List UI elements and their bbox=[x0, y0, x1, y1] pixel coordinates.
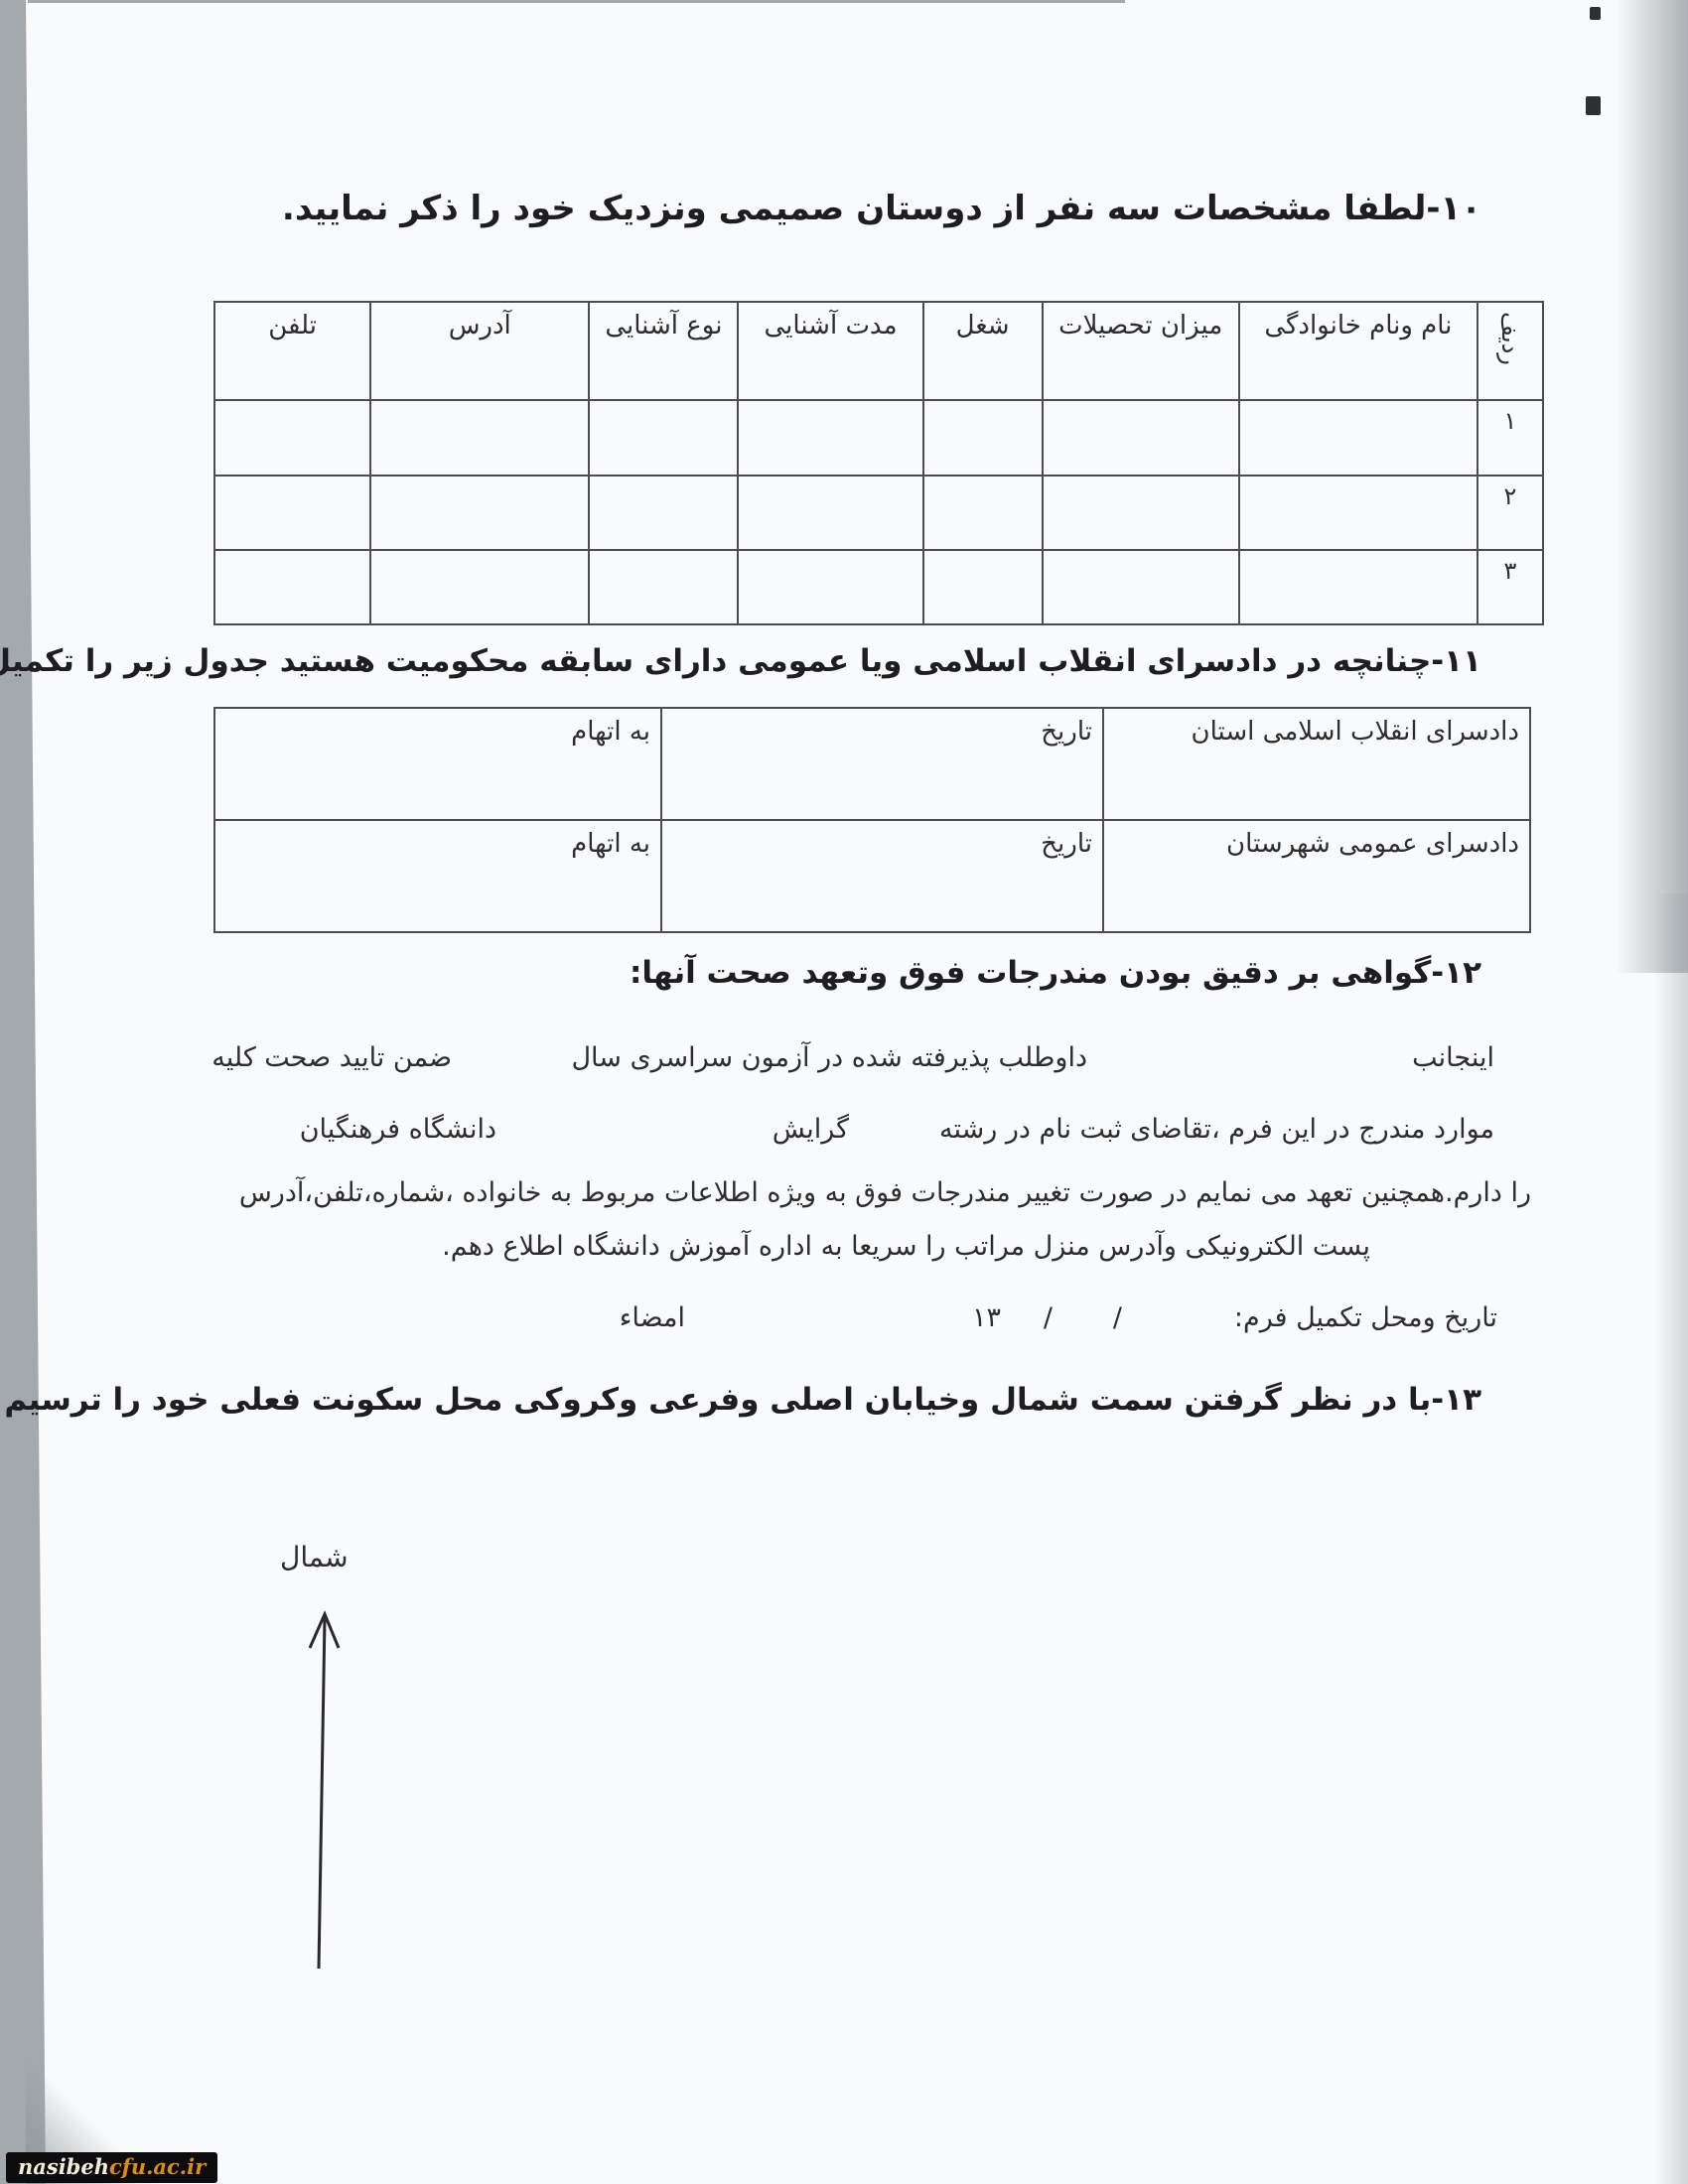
empty-cell bbox=[589, 476, 738, 550]
column-header-acquaintance-type: نوع آشنایی bbox=[589, 302, 738, 400]
column-header-phone: تلفن bbox=[214, 302, 370, 400]
empty-cell bbox=[923, 550, 1043, 624]
scan-right-shadow bbox=[1617, 0, 1688, 973]
applicant-label: اینجانب bbox=[1412, 1042, 1494, 1073]
signature-label: امضاء bbox=[620, 1302, 685, 1333]
column-header-address: آدرس bbox=[370, 302, 589, 400]
staple-mark-second bbox=[1586, 96, 1601, 115]
north-label: شمال bbox=[280, 1541, 349, 1573]
empty-cell bbox=[370, 400, 589, 476]
court-name-cell: دادسرای عمومی شهرستان bbox=[1103, 820, 1530, 932]
empty-cell bbox=[589, 550, 738, 624]
watermark-site-name: nasibeh bbox=[18, 2154, 109, 2179]
row-number-cell: ۱ bbox=[1477, 400, 1543, 476]
court-table-row-revolutionary: دادسرای انقلاب اسلامی استان تاریخ به اته… bbox=[214, 708, 1530, 820]
staple-mark-top bbox=[1590, 7, 1601, 20]
court-table-row-public: دادسرای عمومی شهرستان تاریخ به اتهام bbox=[214, 820, 1530, 932]
form-contents-text: موارد مندرج در این فرم ،تقاضای ثبت نام د… bbox=[939, 1114, 1494, 1145]
empty-cell bbox=[1043, 400, 1239, 476]
commitment-paragraph-line-2: پست الکترونیکی وآدرس منزل مراتب را سریعا… bbox=[442, 1231, 1370, 1262]
court-record-table: دادسرای انقلاب اسلامی استان تاریخ به اته… bbox=[213, 707, 1531, 933]
empty-cell bbox=[1239, 400, 1477, 476]
date-label-cell: تاریخ bbox=[661, 708, 1103, 820]
empty-cell bbox=[923, 400, 1043, 476]
empty-cell bbox=[370, 476, 589, 550]
column-header-job: شغل bbox=[923, 302, 1043, 400]
empty-cell bbox=[1043, 476, 1239, 550]
section-12-heading: ۱۲-گواهی بر دقیق بودن مندرجات فوق وتعهد … bbox=[630, 955, 1481, 991]
row-number-cell: ۳ bbox=[1477, 550, 1543, 624]
university-label: دانشگاه فرهنگیان bbox=[300, 1114, 496, 1145]
section-10-heading: ۱۰-لطفا مشخصات سه نفر از دوستان صمیمی ون… bbox=[282, 189, 1481, 228]
friends-table-row-1: ۱ bbox=[214, 400, 1543, 476]
empty-cell bbox=[214, 400, 370, 476]
empty-cell bbox=[1043, 550, 1239, 624]
watermark-site-domain: cfu.ac.ir bbox=[109, 2154, 206, 2179]
column-header-row-number: ردیف bbox=[1477, 302, 1543, 400]
confirm-accuracy-text: ضمن تایید صحت کلیه bbox=[211, 1042, 452, 1073]
court-name-cell: دادسرای انقلاب اسلامی استان bbox=[1103, 708, 1530, 820]
friends-table-row-3: ۳ bbox=[214, 550, 1543, 624]
orientation-label: گرایش bbox=[773, 1114, 849, 1145]
scanned-form-page: ۱۰-لطفا مشخصات سه نفر از دوستان صمیمی ون… bbox=[0, 0, 1688, 2184]
column-header-education: میزان تحصیلات bbox=[1043, 302, 1239, 400]
year-prefix: ۱۳ bbox=[972, 1302, 1001, 1333]
empty-cell bbox=[214, 550, 370, 624]
scan-top-edge-shadow bbox=[28, 0, 1125, 3]
empty-cell bbox=[1239, 476, 1477, 550]
charge-label-cell: به اتهام bbox=[214, 820, 661, 932]
date-slash-1: / bbox=[1113, 1302, 1122, 1333]
friends-table-row-2: ۲ bbox=[214, 476, 1543, 550]
empty-cell bbox=[738, 476, 922, 550]
friends-table-header-row: ردیف نام ونام خانوادگی میزان تحصیلات شغل… bbox=[214, 302, 1543, 400]
site-watermark: nasibehcfu.ac.ir bbox=[6, 2152, 217, 2183]
section-11-heading: ۱۱-چنانچه در دادسرای انقلاب اسلامی ویا ع… bbox=[0, 643, 1481, 679]
empty-cell bbox=[1239, 550, 1477, 624]
date-label-cell: تاریخ bbox=[661, 820, 1103, 932]
empty-cell bbox=[214, 476, 370, 550]
empty-cell bbox=[923, 476, 1043, 550]
empty-cell bbox=[370, 550, 589, 624]
empty-cell bbox=[738, 550, 922, 624]
north-arrow-icon bbox=[268, 1596, 377, 1983]
date-slash-2: / bbox=[1044, 1302, 1053, 1333]
form-date-place-label: تاریخ ومحل تکمیل فرم: bbox=[1234, 1302, 1497, 1333]
friends-table: ردیف نام ونام خانوادگی میزان تحصیلات شغل… bbox=[213, 301, 1544, 625]
scan-right-shadow-lower bbox=[1654, 893, 1688, 2184]
commitment-paragraph-line-1: را دارم.همچنین تعهد می نمایم در صورت تغی… bbox=[239, 1177, 1531, 1208]
charge-label-cell: به اتهام bbox=[214, 708, 661, 820]
admitted-in-exam-text: داوطلب پذیرفته شده در آزمون سراسری سال bbox=[571, 1042, 1087, 1073]
section-13-heading: ۱۳-با در نظر گرفتن سمت شمال وخیابان اصلی… bbox=[0, 1382, 1481, 1418]
row-number-cell: ۲ bbox=[1477, 476, 1543, 550]
empty-cell bbox=[738, 400, 922, 476]
column-header-full-name: نام ونام خانوادگی bbox=[1239, 302, 1477, 400]
empty-cell bbox=[589, 400, 738, 476]
column-header-acquaintance-duration: مدت آشنایی bbox=[738, 302, 922, 400]
